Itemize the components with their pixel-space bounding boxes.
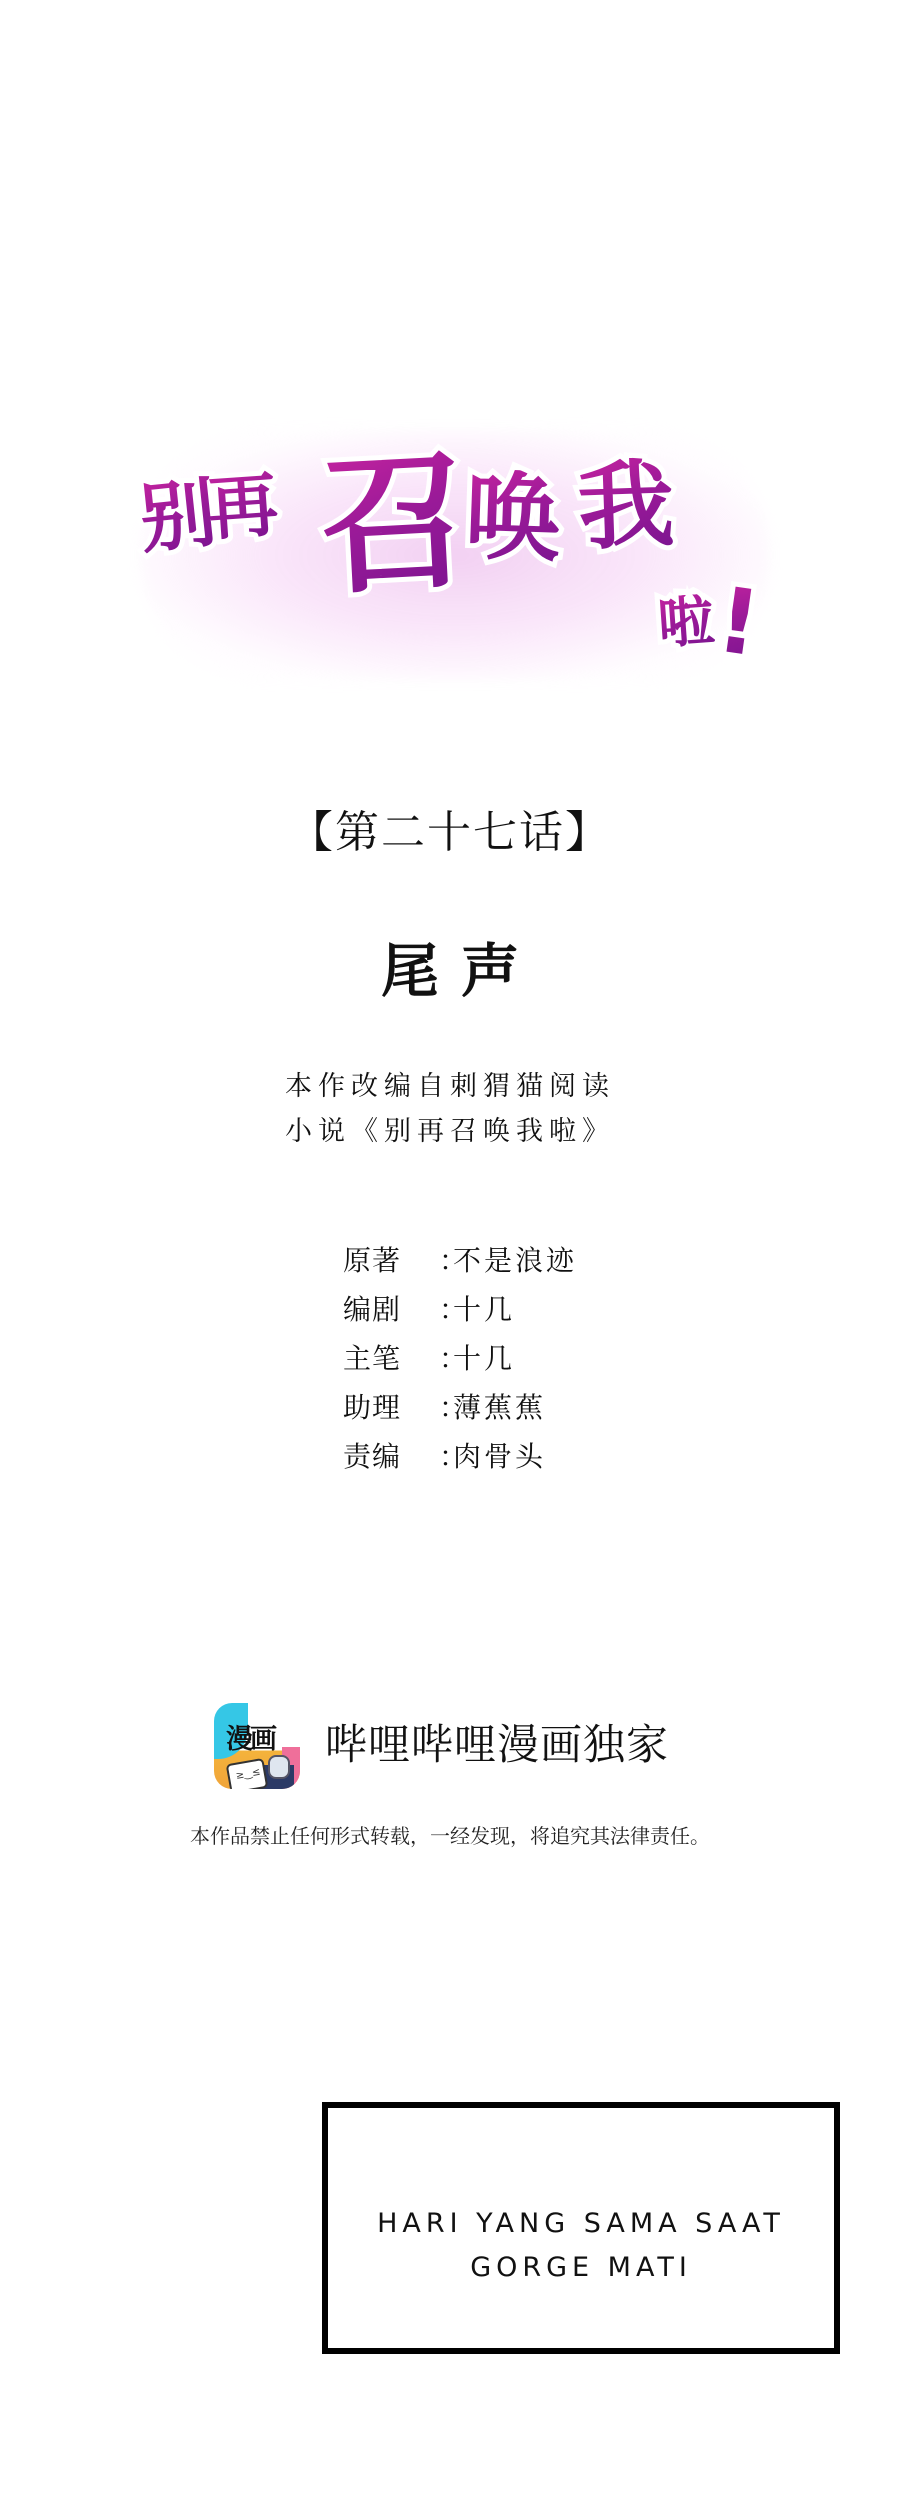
credit-label: 原著	[343, 1239, 439, 1279]
tv-mascot-face: ≥‿≤	[235, 1767, 261, 1782]
credit-row-assistant: 助理 ： 薄蕉蕉	[343, 1381, 643, 1430]
credit-label: 主笔	[343, 1337, 439, 1377]
credit-value: 肉骨头	[453, 1435, 546, 1475]
credit-colon: ：	[439, 1337, 453, 1377]
credit-colon: ：	[439, 1239, 453, 1279]
credit-row-screenwriter: 编剧 ： 十几	[343, 1283, 643, 1332]
credit-row-original-author: 原著 ： 不是浪迹	[343, 1234, 643, 1283]
series-title-logo: 别 再 召 唤 我 啦 ! 别 再 召 唤 我 啦 !	[120, 400, 790, 700]
adaptation-line-1: 本作改编自刺猬猫阅读	[0, 1064, 900, 1103]
bilibili-comics-app-icon: 漫画 ≥‿≤	[214, 1703, 300, 1789]
credit-label: 责编	[343, 1435, 439, 1475]
caption-text: HARI YANG SAMA SAAT GORGE MATI	[328, 2202, 834, 2290]
credit-colon: ：	[439, 1386, 453, 1426]
credit-row-editor: 责编 ： 肉骨头	[343, 1430, 643, 1479]
logo-char-zhao: 召	[316, 446, 474, 604]
tv-mascot-icon: ≥‿≤	[226, 1758, 269, 1789]
logo-char-huan: 唤	[463, 468, 562, 567]
credit-value: 不是浪迹	[453, 1239, 577, 1279]
narration-caption-box: HARI YANG SAMA SAAT GORGE MATI	[322, 2102, 840, 2354]
caption-line-1: HARI YANG SAMA SAAT	[328, 2202, 834, 2246]
credit-value: 十几	[453, 1337, 515, 1377]
logo-char-wo: 我	[576, 456, 675, 555]
icon-manhua-glyph: 漫画	[226, 1717, 274, 1756]
credit-value: 薄蕉蕉	[453, 1386, 546, 1426]
credits-list: 原著 ： 不是浪迹 编剧 ： 十几 主笔 ： 十几 助理 ： 薄蕉蕉 责编 ： …	[343, 1234, 643, 1479]
chapter-title: 【第二十七话】	[0, 796, 900, 860]
credit-value: 十几	[453, 1288, 515, 1328]
adaptation-line-2: 小说《别再召唤我啦》	[0, 1109, 900, 1148]
credit-label: 助理	[343, 1386, 439, 1426]
thumbs-up-icon	[268, 1755, 290, 1779]
logo-char-la: 啦	[656, 593, 716, 653]
chapter-subtitle: 尾声	[0, 924, 900, 1008]
credit-label: 编剧	[343, 1288, 439, 1328]
logo-char-zai: 再	[206, 470, 281, 545]
credit-colon: ：	[439, 1288, 453, 1328]
brand-exclusive-text: 哔哩哔哩漫画独家	[325, 1712, 669, 1772]
caption-line-2: GORGE MATI	[328, 2246, 834, 2290]
credit-colon: ：	[439, 1435, 453, 1475]
copyright-notice: 本作品禁止任何形式转载，一经发现，将追究其法律责任。	[0, 1820, 900, 1849]
credit-row-lead-artist: 主笔 ： 十几	[343, 1332, 643, 1381]
